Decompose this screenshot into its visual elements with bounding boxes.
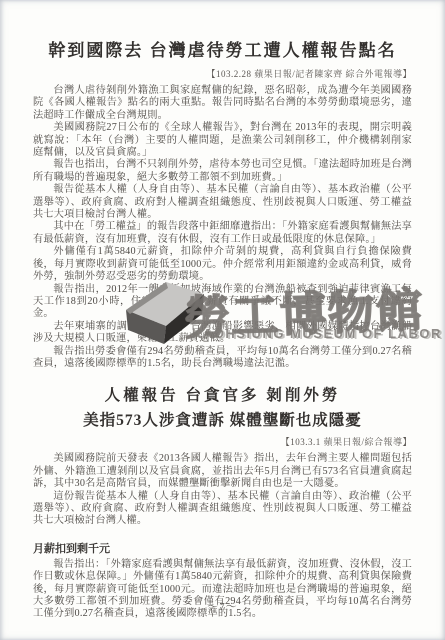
article-2-body: 美國國務院前天發表《2013各國人權報告》指出，去年台灣主要人權問題包括外傭、外… xyxy=(33,453,412,527)
page-number: ～7～ xyxy=(0,598,445,614)
article-2-subhead: 月薪扣到剩千元 xyxy=(33,540,412,556)
scanned-document-page: 幹到國際去 台灣虐待勞工遭人權報告點名 【103.2.28 蘋果日報/記者陳家齊… xyxy=(0,0,445,640)
article-2-title-line1: 人權報告 台貪官多 剝削外勞 xyxy=(33,383,412,405)
paragraph: 外傭僅有1萬5840元薪資，扣除仲介苛剝的規費，高利貸與自行負擔保險費後，每月實… xyxy=(33,246,412,283)
paragraph: 這份報告從基本人權（人身自由等）、基本民權（言論自由等）、政治權（公平選舉等）、… xyxy=(33,491,412,528)
article-1-body: 台灣人虐待剝削外籍漁工與家庭幫傭的紀錄，惡名昭彰，成為遭今年美國國務院《各國人權… xyxy=(33,85,412,370)
article-2-citation: 【103.3.1 蘋果日報/綜合報導】 xyxy=(33,435,412,448)
paragraph: 報告指出勞委會僅有294名勞動稽查員，平均每10萬名台灣勞工僅分到0.27名稽查… xyxy=(33,346,412,371)
article-2: 人權報告 台貪官多 剝削外勞 美指573人涉貪遭訴 媒體壟斷也成隱憂 【103.… xyxy=(33,383,412,620)
page-content: 幹到國際去 台灣虐待勞工遭人權報告點名 【103.2.28 蘋果日報/記者陳家齊… xyxy=(0,0,445,621)
paragraph: 美國國務院前天發表《2013各國人權報告》指出，去年台灣主要人權問題包括外傭、外… xyxy=(33,453,412,490)
article-1-citation: 【103.2.28 蘋果日報/記者陳家齊 綜合外電報導】 xyxy=(33,67,412,80)
article-2-title: 人權報告 台貪官多 剝削外勞 美指573人涉貪遭訴 媒體壟斷也成隱憂 xyxy=(33,383,412,430)
article-2-title-line2: 美指573人涉貪遭訴 媒體壟斷也成隱憂 xyxy=(33,408,412,430)
article-1-title: 幹到國際去 台灣虐待勞工遭人權報告點名 xyxy=(33,36,412,61)
paragraph: 報告指出，2012年一艘在新加坡海域作業的台灣漁船被查到強迫菲律賓漁工每天工作1… xyxy=(33,284,412,321)
paragraph: 去年柬埔寨的調查報告指出，台灣漁船影響惡劣，相關外國媒體指控台灣漁船涉及大規模人… xyxy=(33,321,412,346)
paragraph: 美國國務院27日公布的《全球人權報告》，對台灣在 2013年的表現，開宗明義就寫… xyxy=(33,122,412,159)
paragraph: 其中在「勞工權益」的報告段落中鉅細靡遺指出：「外籍家庭看護與幫傭無法享有最低薪資… xyxy=(33,221,412,246)
paragraph: 台灣人虐待剝削外籍漁工與家庭幫傭的紀錄，惡名昭彰，成為遭今年美國國務院《各國人權… xyxy=(33,85,412,122)
paragraph: 報告也指出，台灣不只剝削外勞，虐待本勞也司空見慣。「違法超時加班是台灣所有職場的… xyxy=(33,159,412,184)
paragraph: 報告從基本人權（人身自由等）、基本民權（言論自由等）、基本政治權（公平選舉等）、… xyxy=(33,184,412,221)
article-1: 幹到國際去 台灣虐待勞工遭人權報告點名 【103.2.28 蘋果日報/記者陳家齊… xyxy=(33,36,412,370)
